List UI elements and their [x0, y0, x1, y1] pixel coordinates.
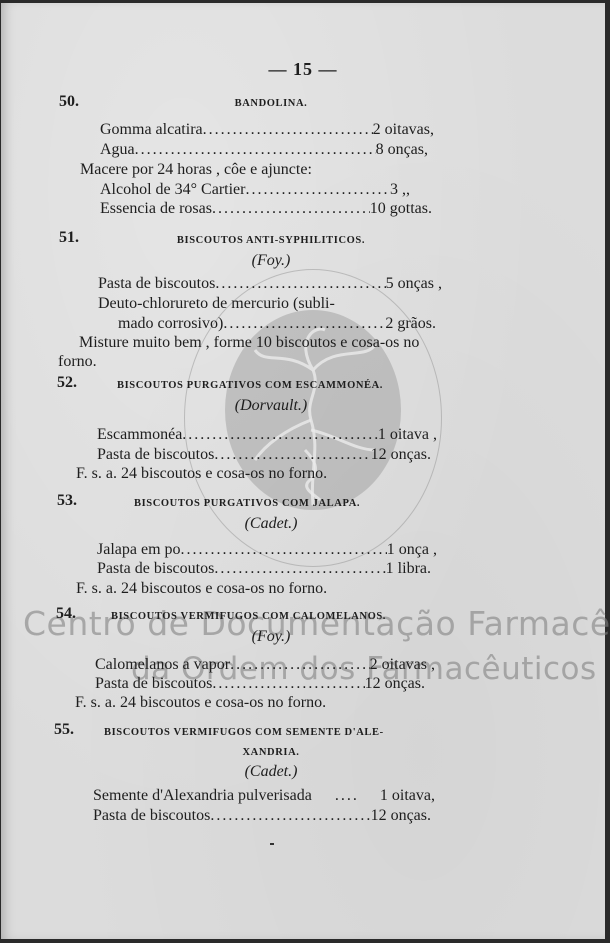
ingredient-name: Pasta de biscoutos	[97, 446, 214, 464]
recipe-number: 54.	[56, 605, 76, 623]
ingredient-quantity: 3 ,,	[390, 181, 410, 199]
instruction-text: Macere por 24 horas , côe e ajuncte:	[80, 161, 312, 179]
ingredient-quantity: 1 oitava,	[380, 787, 435, 805]
recipe-number: 52.	[57, 374, 77, 392]
end-mark	[270, 843, 274, 845]
ingredient-name: Pasta de biscoutos	[98, 275, 215, 293]
ingredient-quantity: 1 libra.	[386, 560, 431, 578]
ingredient-quantity: 12 onças.	[365, 675, 425, 693]
ingredient-quantity: 10 gottas.	[370, 200, 432, 218]
page-number: — 15 —	[1, 59, 605, 80]
instruction-text: Misture muito bem , forme 10 biscoutos e…	[79, 334, 419, 352]
recipe-title-continued: XANDRIA.	[1, 747, 541, 758]
recipe-author: (Foy.)	[1, 252, 541, 270]
instruction-text: F. s. a. 24 biscoutos e cosa-os no forno…	[75, 694, 326, 712]
ingredient-quantity: 1 onça ,	[387, 541, 437, 559]
ingredient-line: Agua8 onças,	[100, 141, 428, 159]
recipe-number: 55.	[54, 721, 74, 739]
ingredient-line: Essencia de rosas10 gottas.	[100, 200, 432, 218]
recipe-title: BANDOLINA.	[1, 98, 541, 109]
ingredient-name: Pasta de biscoutos	[97, 560, 214, 578]
dot-leader	[245, 181, 390, 199]
ingredient-line: Pasta de biscoutos12 onças.	[97, 446, 431, 464]
ingredient-line: Semente d'Alexandria pulverisada1 oitava…	[93, 787, 435, 805]
ingredient-quantity: 12 onças.	[371, 807, 431, 825]
ingredient-name: Gomma alcatira	[100, 121, 203, 139]
dot-leader	[135, 141, 376, 159]
ingredient-line: mado corrosivo)2 grãos.	[118, 315, 436, 333]
ingredient-line: Jalapa em po1 onça ,	[97, 541, 437, 559]
dot-leader	[335, 787, 357, 805]
ingredient-line: Alcohol de 34° Cartier3 ,,	[100, 181, 410, 199]
ingredient-quantity: 12 onças.	[371, 446, 431, 464]
ingredient-name: Pasta de biscoutos	[95, 675, 212, 693]
ingredient-name: mado corrosivo)	[118, 315, 223, 333]
dot-leader	[214, 446, 370, 464]
recipe-title: BISCOUTOS PURGATIVOS COM ESCAMMONÉA.	[117, 380, 383, 391]
dot-leader	[230, 656, 370, 674]
dot-leader	[212, 200, 370, 218]
ingredient-text: Deuto-chlorureto de mercurio (subli-	[98, 295, 335, 313]
ingredient-name: Jalapa em po	[97, 541, 181, 559]
recipe-title: BISCOUTOS PURGATIVOS COM JALAPA.	[134, 498, 360, 509]
recipe-author: (Foy.)	[1, 628, 541, 646]
ingredient-line: Pasta de biscoutos1 libra.	[97, 560, 431, 578]
ingredient-name: Alcohol de 34° Cartier	[100, 181, 245, 199]
dot-leader	[182, 426, 378, 444]
dot-leader	[212, 675, 364, 693]
recipe-title: BISCOUTOS VERMIFUGOS COM SEMENTE D'ALE-	[104, 727, 384, 738]
ingredient-line: Gomma alcatira2 oitavas,	[100, 121, 434, 139]
dot-leader	[215, 275, 385, 293]
ingredient-name: Calomelanos a vapor	[95, 656, 230, 674]
recipe-title: BISCOUTOS VERMIFUGOS COM CALOMELANOS.	[111, 611, 386, 622]
instruction-text: forno.	[58, 353, 97, 371]
ingredient-line: Pasta de biscoutos12 onças.	[95, 675, 425, 693]
ingredient-name: Essencia de rosas	[100, 200, 212, 218]
dot-leader	[181, 541, 387, 559]
recipe-number: 53.	[57, 492, 77, 510]
scanned-page: Centro de Documentação Farmacêutica da O…	[1, 3, 605, 939]
ingredient-line: Pasta de biscoutos5 onças ,	[98, 275, 442, 293]
ingredient-quantity: 2 grãos.	[385, 315, 436, 333]
ingredient-name: Pasta de biscoutos	[93, 807, 210, 825]
ingredient-name: Agua	[100, 141, 135, 159]
ingredient-quantity: 5 onças ,	[386, 275, 442, 293]
dot-leader	[203, 121, 373, 139]
ingredient-line: Pasta de biscoutos12 onças.	[93, 807, 431, 825]
instruction-text: F. s. a. 24 biscoutos e cosa-os no forno…	[76, 465, 327, 483]
ingredient-quantity: 1 oitava ,	[378, 426, 437, 444]
ingredient-line: Calomelanos a vapor2 oitavas ,	[95, 656, 435, 674]
dot-leader	[214, 560, 385, 578]
recipe-title: BISCOUTOS ANTI-SYPHILITICOS.	[1, 235, 541, 246]
ingredient-name: Escammonéa	[97, 426, 182, 444]
ingredient-quantity: 2 oitavas ,	[370, 656, 435, 674]
dot-leader	[223, 315, 385, 333]
dot-leader	[210, 807, 370, 825]
recipe-author: (Cadet.)	[1, 515, 541, 533]
ingredient-name: Semente d'Alexandria pulverisada	[93, 787, 312, 805]
instruction-text: F. s. a. 24 biscoutos e cosa-os no forno…	[76, 580, 327, 598]
ingredient-quantity: 8 onças,	[376, 141, 428, 159]
recipe-author: (Cadet.)	[1, 763, 541, 781]
ingredient-quantity: 2 oitavas,	[373, 121, 434, 139]
recipe-author: (Dorvault.)	[1, 397, 541, 415]
ingredient-line: Escammonéa1 oitava ,	[97, 426, 437, 444]
